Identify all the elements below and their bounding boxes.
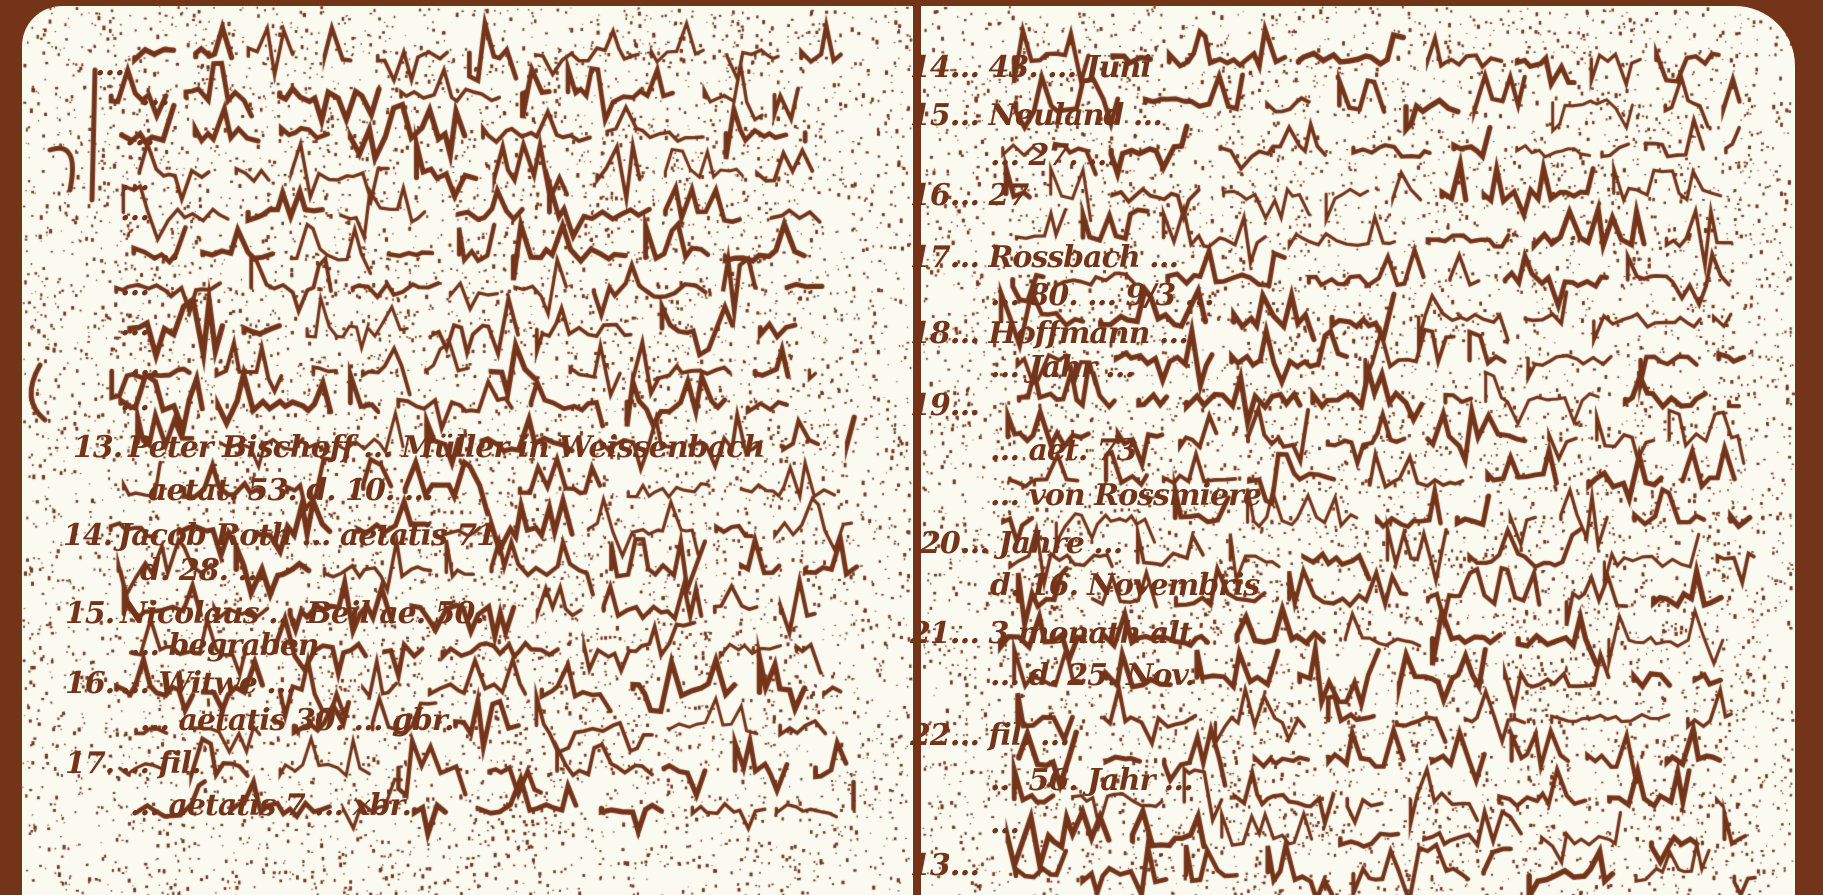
register-spread: …………………………13.Peter Bischoff … Müller in …	[0, 0, 1823, 895]
entry-text: … Rossbach …	[950, 240, 1178, 275]
entry-text: …	[140, 78, 169, 113]
entry-text: … fil.	[120, 746, 201, 781]
entry-text: … 3 monath alt	[950, 616, 1192, 651]
entry-text: … d. 25. Nov.	[990, 658, 1194, 693]
entry-text: …	[950, 848, 979, 883]
entry-text: … aet. 73	[990, 433, 1136, 468]
entry-text: …	[95, 48, 124, 83]
entry-text: Jacob Roth … aetatis 71.	[118, 518, 505, 553]
entry-text: … Hoffmann …	[950, 316, 1188, 351]
entry-text: …	[950, 388, 979, 423]
entry-text: d. 16. Novembris	[990, 568, 1259, 603]
entry-text: … fil. …	[950, 718, 1069, 753]
entry-text: … 27	[950, 178, 1028, 213]
entry-text: …	[120, 268, 149, 303]
entry-text: … begraben	[130, 628, 319, 663]
entry-text: … von Rossmiere	[990, 478, 1261, 513]
entry-text: aetat. 53. d. 10. …	[148, 473, 433, 508]
entry-text: … 80. … 9/3 …	[990, 278, 1214, 313]
entry-text: Nicolaus … Beil ae. 50.	[120, 596, 484, 631]
entry-text: Peter Bischoff … Müller in Weissenbach	[128, 430, 764, 465]
entry-text: … Neuland …	[950, 98, 1162, 133]
entry-text: …	[120, 308, 149, 343]
entry-number: 16.	[65, 666, 114, 701]
entry-number: 13.	[73, 430, 122, 465]
entry-text: … Witwe …	[120, 666, 295, 701]
entry-text: …	[990, 806, 1019, 841]
entry-text: … aetatis 30. … gbr.	[140, 703, 453, 738]
entry-text: … 27. …	[990, 138, 1116, 173]
entry-number: 17.	[65, 746, 114, 781]
entry-text: …	[125, 118, 154, 153]
entry-text: … aetatis 7 … xbr.	[130, 788, 411, 823]
entry-text: … Jahr …	[990, 350, 1134, 385]
entry-text: d. 28. …	[140, 553, 267, 588]
entry-text: …	[120, 383, 149, 418]
entry-text: …	[130, 348, 159, 383]
entry-text: … Jahre …	[960, 526, 1122, 561]
entry-text: … 43. … Juni	[950, 50, 1151, 85]
entry-text: … 56. Jahr …	[990, 763, 1193, 798]
entry-number: 15.	[65, 596, 114, 631]
entry-text: …	[150, 233, 179, 268]
entry-number: 14.	[63, 518, 112, 553]
entry-text: …	[120, 193, 149, 228]
